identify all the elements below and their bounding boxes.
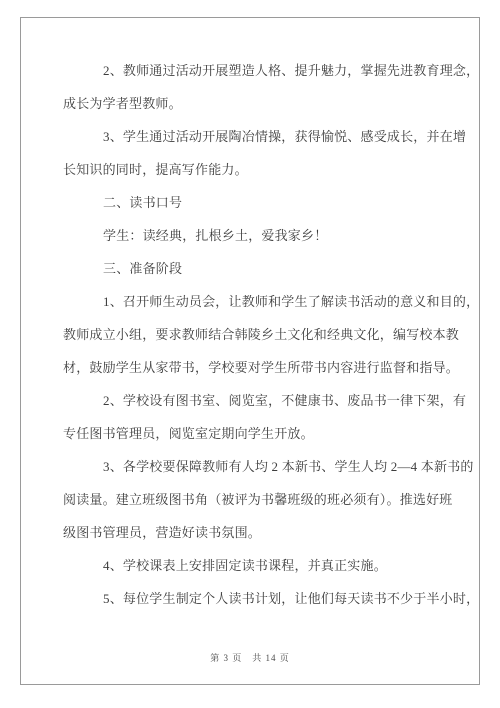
text-line: 学生：读经典，扎根乡土，爱我家乡！ bbox=[63, 219, 475, 252]
page-footer: 第 3 页共 14 页 bbox=[21, 651, 479, 664]
text-line: 专任图书管理员，阅览室定期向学生开放。 bbox=[63, 417, 475, 450]
text-line: 3、学生通过活动开展陶冶情操，获得愉悦、感受成长，并在增 bbox=[63, 120, 475, 153]
text-line: 材，鼓励学生从家带书，学校要对学生所带书内容进行监督和指导。 bbox=[63, 351, 475, 384]
text-line: 5、每位学生制定个人读书计划，让他们每天读书不少于半小时， bbox=[63, 582, 475, 615]
text-line: 长知识的同时，提高写作能力。 bbox=[63, 153, 475, 186]
document-canvas: 2、教师通过活动开展塑造人格、提升魅力，掌握先进教育理念，成长为学者型教师。3、… bbox=[0, 0, 500, 708]
text-line: 3、各学校要保障教师有人均 2 本新书、学生人均 2—4 本新书的 bbox=[63, 450, 475, 483]
text-line: 三、准备阶段 bbox=[63, 252, 475, 285]
text-line: 成长为学者型教师。 bbox=[63, 87, 475, 120]
page-total: 共 14 页 bbox=[252, 653, 290, 663]
page-border: 2、教师通过活动开展塑造人格、提升魅力，掌握先进教育理念，成长为学者型教师。3、… bbox=[20, 17, 480, 685]
text-line: 教师成立小组，要求教师结合韩陵乡土文化和经典文化，编写校本教 bbox=[63, 318, 475, 351]
text-line: 4、学校课表上安排固定读书课程，并真正实施。 bbox=[63, 549, 475, 582]
text-line: 2、教师通过活动开展塑造人格、提升魅力，掌握先进教育理念， bbox=[63, 54, 475, 87]
text-line: 阅读量。建立班级图书角（被评为书馨班级的班必须有）。推选好班 bbox=[63, 483, 475, 516]
document-body: 2、教师通过活动开展塑造人格、提升魅力，掌握先进教育理念，成长为学者型教师。3、… bbox=[63, 54, 475, 615]
page-number: 第 3 页 bbox=[210, 653, 242, 663]
text-line: 1、召开师生动员会，让教师和学生了解读书活动的意义和目的， bbox=[63, 285, 475, 318]
text-line: 级图书管理员，营造好读书氛围。 bbox=[63, 516, 475, 549]
text-line: 二、读书口号 bbox=[63, 186, 475, 219]
text-line: 2、学校设有图书室、阅览室，不健康书、废品书一律下架，有 bbox=[63, 384, 475, 417]
